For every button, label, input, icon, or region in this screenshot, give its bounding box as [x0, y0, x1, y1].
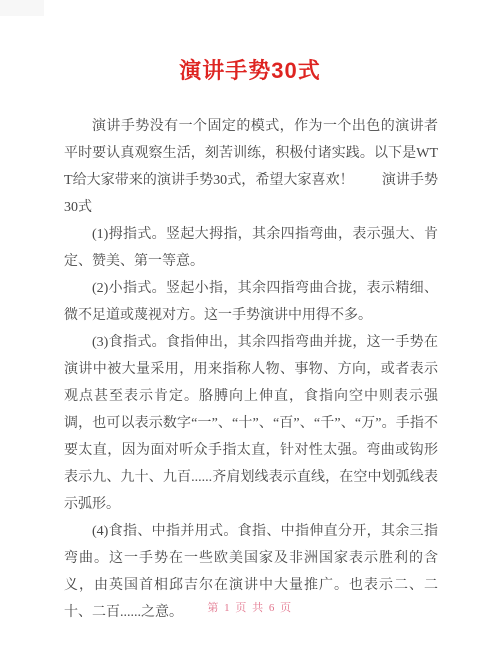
document-body: 演讲手势没有一个固定的模式，作为一个出色的演讲者平时要认真观察生活，刻苦训练，积…	[64, 113, 438, 626]
paragraph-gesture-1-thumb: (1)拇指式。竖起大拇指，其余四指弯曲，表示强大、肯定、赞美、第一等意。	[64, 221, 438, 275]
paragraph-intro: 演讲手势没有一个固定的模式，作为一个出色的演讲者平时要认真观察生活，刻苦训练，积…	[64, 113, 438, 221]
paragraph-gesture-3-index-finger: (3)食指式。食指伸出，其余四指弯曲并拢，这一手势在演讲中被大量采用，用来指称人…	[64, 329, 438, 518]
paragraph-gesture-2-little-finger: (2)小指式。竖起小指，其余四指弯曲合拢，表示精细、微不足道或蔑视对方。这一手势…	[64, 275, 438, 329]
document-page: 演讲手势30式 演讲手势没有一个固定的模式，作为一个出色的演讲者平时要认真观察生…	[0, 0, 500, 647]
page-title: 演讲手势30式	[0, 56, 500, 86]
page-number-footer: 第 1 页 共 6 页	[0, 601, 500, 616]
corner-scan-artifact	[0, 0, 44, 16]
